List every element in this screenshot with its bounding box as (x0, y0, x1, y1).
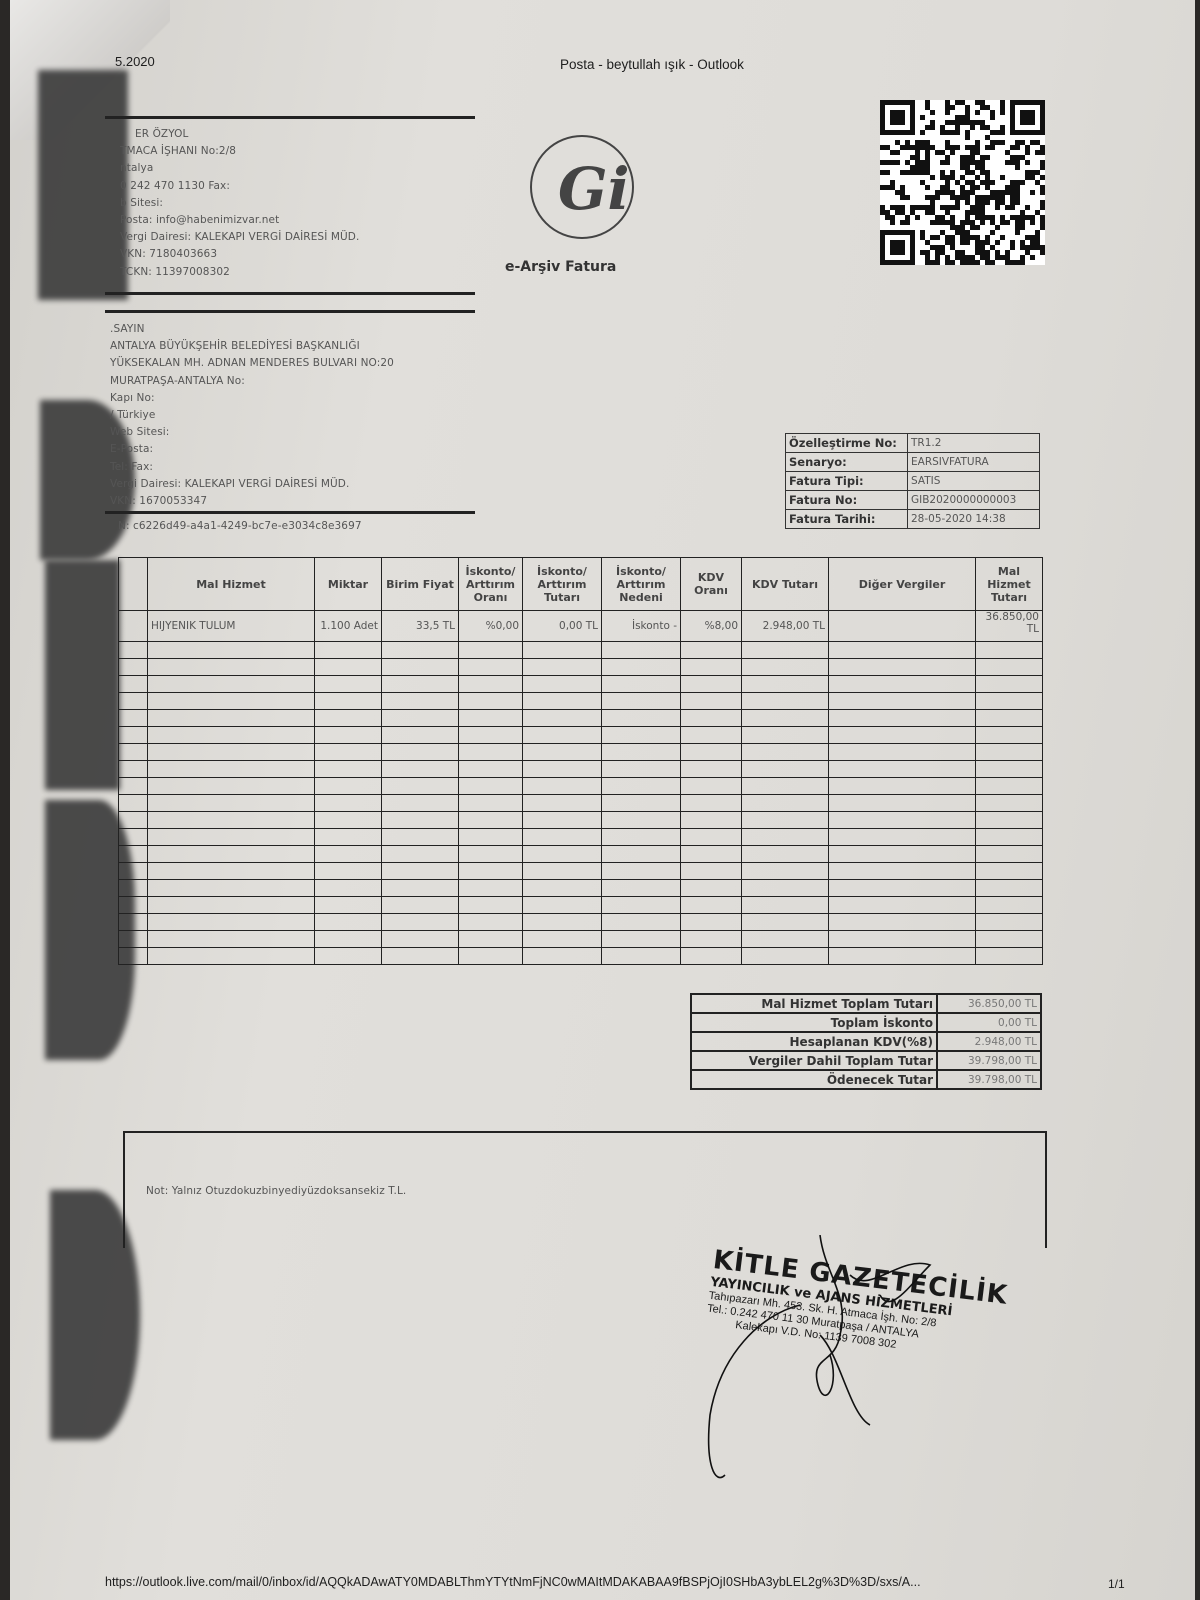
meta-label: Fatura Tipi: (786, 472, 908, 491)
print-page-number: 1/1 (1108, 1577, 1125, 1591)
table-row-empty (119, 914, 1043, 931)
totals-value: 39.798,00 TL (937, 1070, 1041, 1089)
meta-row: Fatura Tipi:SATIS (786, 472, 1040, 491)
totals-label: Toplam İskonto (691, 1013, 937, 1032)
table-row-empty (119, 897, 1043, 914)
meta-value: EARSIVFATURA (908, 453, 1040, 472)
table-row-empty (119, 659, 1043, 676)
cell-tutar: 36.850,00 TL (976, 611, 1043, 642)
column-header (119, 558, 148, 611)
seller-line: VKN: 7180403663 (120, 246, 359, 263)
table-row-empty (119, 642, 1043, 659)
totals-value: 36.850,00 TL (937, 994, 1041, 1013)
column-header: İskonto/ Arttırım Nedeni (602, 558, 681, 611)
meta-value: SATIS (908, 472, 1040, 491)
seller-line: 0 242 470 1130 Fax: (120, 178, 359, 195)
table-row-empty (119, 863, 1043, 880)
buyer-line: ANTALYA BÜYÜKŞEHİR BELEDİYESİ BAŞKANLIĞI (110, 338, 394, 355)
buyer-line: Tel: Fax: (110, 459, 394, 476)
divider (105, 292, 475, 295)
column-header: İskonto/ Arttırım Tutarı (523, 558, 602, 611)
table-row-empty (119, 778, 1043, 795)
totals-row: Ödenecek Tutar39.798,00 TL (691, 1070, 1041, 1089)
buyer-line: Vergi Dairesi: KALEKAPI VERGİ DAİRESİ MÜ… (110, 476, 394, 493)
print-date: 5.2020 (115, 54, 155, 69)
table-row-empty (119, 693, 1043, 710)
seller-line: Vergi Dairesi: KALEKAPI VERGİ DAİRESİ MÜ… (120, 229, 359, 246)
table-row-empty (119, 948, 1043, 965)
cell-iskonto-tutari: 0,00 TL (523, 611, 602, 642)
cell-birim-fiyat: 33,5 TL (382, 611, 459, 642)
meta-label: Fatura No: (786, 491, 908, 510)
totals-table: Mal Hizmet Toplam Tutarı36.850,00 TLTopl… (690, 993, 1042, 1090)
totals-label: Ödenecek Tutar (691, 1070, 937, 1089)
divider (105, 116, 475, 119)
buyer-line: Web Sitesi: (110, 424, 394, 441)
note-text: Not: Yalnız Otuzdokuzbinyediyüzdoksansek… (146, 1185, 406, 1197)
totals-label: Vergiler Dahil Toplam Tutar (691, 1051, 937, 1070)
print-title: Posta - beytullah ışık - Outlook (560, 57, 744, 72)
seller-block: ER ÖZYOLTMACA İŞHANI No:2/8ntalya0 242 4… (120, 126, 359, 281)
totals-row: Vergiler Dahil Toplam Tutar39.798,00 TL (691, 1051, 1041, 1070)
cell-iskonto-nedeni: İskonto - (602, 611, 681, 642)
table-row-empty (119, 710, 1043, 727)
buyer-block: .SAYINANTALYA BÜYÜKŞEHİR BELEDİYESİ BAŞK… (110, 321, 394, 510)
cell-kdv-tutari: 2.948,00 TL (742, 611, 829, 642)
signature (700, 1235, 980, 1495)
totals-row: Hesaplanan KDV(%8)2.948,00 TL (691, 1032, 1041, 1051)
buyer-line: .SAYIN (110, 321, 394, 338)
invoice-paper: 5.2020 Posta - beytullah ışık - Outlook … (10, 0, 1195, 1600)
buyer-line: E-Posta: (110, 441, 394, 458)
totals-label: Hesaplanan KDV(%8) (691, 1032, 937, 1051)
divider (105, 310, 475, 313)
totals-value: 39.798,00 TL (937, 1051, 1041, 1070)
cell-mal-hizmet: HIJYENIK TULUM (148, 611, 315, 642)
table-row-empty (119, 761, 1043, 778)
meta-label: Fatura Tarihi: (786, 510, 908, 529)
table-row-empty (119, 829, 1043, 846)
totals-row: Toplam İskonto0,00 TL (691, 1013, 1041, 1032)
table-row-empty (119, 880, 1043, 897)
qr-code (880, 100, 1045, 265)
meta-row: Senaryo:EARSIVFATURA (786, 453, 1040, 472)
cell-diger-vergiler (829, 611, 976, 642)
buyer-line: / Türkiye (110, 407, 394, 424)
meta-value: GIB2020000000003 (908, 491, 1040, 510)
toner-smear (38, 70, 128, 300)
table-row-empty (119, 676, 1043, 693)
gib-logo-glyph: Gi (558, 155, 630, 223)
table-row-empty (119, 744, 1043, 761)
seller-line: Posta: info@habenimizvar.net (120, 212, 359, 229)
column-header: Mal Hizmet Tutarı (976, 558, 1043, 611)
column-header: Miktar (315, 558, 382, 611)
print-url: https://outlook.live.com/mail/0/inbox/id… (105, 1575, 921, 1589)
cell-sira (119, 611, 148, 642)
meta-row: Özelleştirme No:TR1.2 (786, 434, 1040, 453)
table-row: HIJYENIK TULUM1.100 Adet33,5 TL%0,000,00… (119, 611, 1043, 642)
seller-line: b Sitesi: (120, 195, 359, 212)
e-arsiv-caption: e-Arşiv Fatura (505, 259, 616, 275)
items-header-row: Mal HizmetMiktarBirim Fiyatİskonto/ Artt… (119, 558, 1043, 611)
table-row-empty (119, 931, 1043, 948)
ettn: N: c6226d49-a4a1-4249-bc7e-e3034c8e3697 (118, 520, 362, 532)
column-header: Birim Fiyat (382, 558, 459, 611)
meta-value: TR1.2 (908, 434, 1040, 453)
buyer-line: VKN: 1670053347 (110, 493, 394, 510)
gib-logo: Gi (530, 135, 634, 239)
totals-row: Mal Hizmet Toplam Tutarı36.850,00 TL (691, 994, 1041, 1013)
cell-miktar: 1.100 Adet (315, 611, 382, 642)
meta-row: Fatura No:GIB2020000000003 (786, 491, 1040, 510)
meta-value: 28-05-2020 14:38 (908, 510, 1040, 529)
buyer-line: Kapı No: (110, 390, 394, 407)
cell-iskonto-orani: %0,00 (459, 611, 523, 642)
totals-value: 2.948,00 TL (937, 1032, 1041, 1051)
seller-line: TMACA İŞHANI No:2/8 (120, 143, 359, 160)
column-header: Mal Hizmet (148, 558, 315, 611)
items-table: Mal HizmetMiktarBirim Fiyatİskonto/ Artt… (118, 557, 1043, 965)
toner-smear (45, 560, 120, 790)
table-row-empty (119, 846, 1043, 863)
buyer-line: MURATPAŞA-ANTALYA No: (110, 373, 394, 390)
column-header: Diğer Vergiler (829, 558, 976, 611)
column-header: KDV Tutarı (742, 558, 829, 611)
cell-kdv-orani: %8,00 (681, 611, 742, 642)
seller-line: ER ÖZYOL (120, 126, 359, 143)
meta-label: Özelleştirme No: (786, 434, 908, 453)
column-header: KDV Oranı (681, 558, 742, 611)
divider (105, 511, 475, 514)
buyer-line: YÜKSEKALAN MH. ADNAN MENDERES BULVARI NO… (110, 355, 394, 372)
invoice-meta-table: Özelleştirme No:TR1.2Senaryo:EARSIVFATUR… (785, 433, 1040, 529)
meta-label: Senaryo: (786, 453, 908, 472)
totals-label: Mal Hizmet Toplam Tutarı (691, 994, 937, 1013)
table-row-empty (119, 812, 1043, 829)
totals-value: 0,00 TL (937, 1013, 1041, 1032)
column-header: İskonto/ Arttırım Oranı (459, 558, 523, 611)
seller-line: ntalya (120, 160, 359, 177)
meta-row: Fatura Tarihi:28-05-2020 14:38 (786, 510, 1040, 529)
seller-line: TCKN: 11397008302 (120, 264, 359, 281)
table-row-empty (119, 795, 1043, 812)
table-row-empty (119, 727, 1043, 744)
